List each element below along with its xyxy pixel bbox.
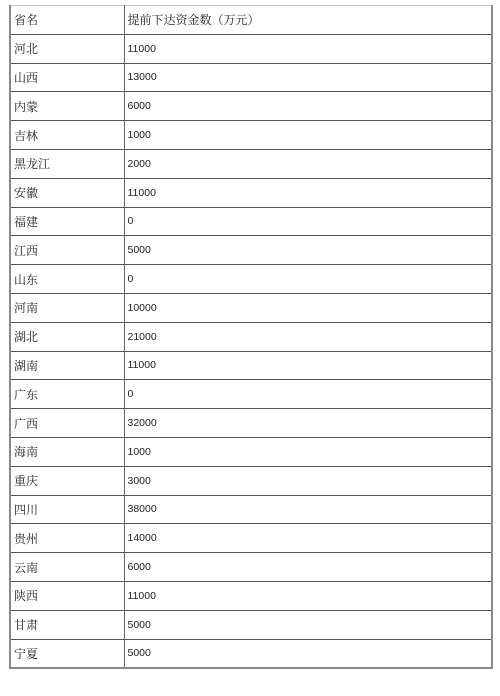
- cell-amount: 11000: [124, 178, 492, 207]
- cell-province: 广西: [10, 409, 124, 438]
- cell-province: 甘肃: [10, 610, 124, 639]
- cell-amount: 11000: [124, 581, 492, 610]
- cell-province: 山西: [10, 63, 124, 92]
- funding-table: 省名 提前下达资金数（万元） 河北 11000 山西 13000 内蒙 6000…: [9, 5, 493, 669]
- cell-province: 重庆: [10, 466, 124, 495]
- table-row: 湖南 11000: [10, 351, 492, 380]
- cell-province: 云南: [10, 553, 124, 582]
- cell-province: 湖南: [10, 351, 124, 380]
- table-row: 宁夏 5000: [10, 639, 492, 668]
- cell-province: 河北: [10, 34, 124, 63]
- cell-amount: 13000: [124, 63, 492, 92]
- cell-amount: 38000: [124, 495, 492, 524]
- table-row: 福建 0: [10, 207, 492, 236]
- table-container: 省名 提前下达资金数（万元） 河北 11000 山西 13000 内蒙 6000…: [9, 5, 493, 669]
- cell-province: 广东: [10, 380, 124, 409]
- header-province: 省名: [10, 6, 124, 35]
- cell-province: 海南: [10, 437, 124, 466]
- table-row: 河北 11000: [10, 34, 492, 63]
- table-row: 黑龙江 2000: [10, 149, 492, 178]
- cell-province: 黑龙江: [10, 149, 124, 178]
- table-row: 云南 6000: [10, 553, 492, 582]
- table-row: 山西 13000: [10, 63, 492, 92]
- cell-province: 四川: [10, 495, 124, 524]
- cell-amount: 5000: [124, 610, 492, 639]
- cell-amount: 2000: [124, 149, 492, 178]
- cell-province: 江西: [10, 236, 124, 265]
- cell-amount: 10000: [124, 293, 492, 322]
- cell-amount: 11000: [124, 34, 492, 63]
- cell-province: 山东: [10, 265, 124, 294]
- cell-amount: 1000: [124, 437, 492, 466]
- cell-province: 福建: [10, 207, 124, 236]
- cell-amount: 0: [124, 207, 492, 236]
- cell-amount: 3000: [124, 466, 492, 495]
- cell-province: 吉林: [10, 121, 124, 150]
- cell-amount: 6000: [124, 553, 492, 582]
- table-row: 安徽 11000: [10, 178, 492, 207]
- cell-province: 安徽: [10, 178, 124, 207]
- cell-province: 贵州: [10, 524, 124, 553]
- table-row: 广东 0: [10, 380, 492, 409]
- cell-amount: 32000: [124, 409, 492, 438]
- table-row: 广西 32000: [10, 409, 492, 438]
- cell-amount: 6000: [124, 92, 492, 121]
- table-row: 甘肃 5000: [10, 610, 492, 639]
- table-row: 吉林 1000: [10, 121, 492, 150]
- cell-amount: 1000: [124, 121, 492, 150]
- table-row: 山东 0: [10, 265, 492, 294]
- table-row: 重庆 3000: [10, 466, 492, 495]
- cell-province: 河南: [10, 293, 124, 322]
- header-amount: 提前下达资金数（万元）: [124, 6, 492, 35]
- table-body: 省名 提前下达资金数（万元） 河北 11000 山西 13000 内蒙 6000…: [10, 6, 492, 668]
- cell-province: 陕西: [10, 581, 124, 610]
- table-row: 湖北 21000: [10, 322, 492, 351]
- cell-amount: 14000: [124, 524, 492, 553]
- table-header-row: 省名 提前下达资金数（万元）: [10, 6, 492, 35]
- table-row: 贵州 14000: [10, 524, 492, 553]
- table-row: 河南 10000: [10, 293, 492, 322]
- cell-amount: 0: [124, 265, 492, 294]
- table-row: 陕西 11000: [10, 581, 492, 610]
- table-row: 内蒙 6000: [10, 92, 492, 121]
- cell-amount: 11000: [124, 351, 492, 380]
- cell-amount: 0: [124, 380, 492, 409]
- cell-province: 湖北: [10, 322, 124, 351]
- table-row: 江西 5000: [10, 236, 492, 265]
- cell-province: 宁夏: [10, 639, 124, 668]
- table-row: 四川 38000: [10, 495, 492, 524]
- cell-amount: 21000: [124, 322, 492, 351]
- cell-amount: 5000: [124, 639, 492, 668]
- table-row: 海南 1000: [10, 437, 492, 466]
- cell-amount: 5000: [124, 236, 492, 265]
- cell-province: 内蒙: [10, 92, 124, 121]
